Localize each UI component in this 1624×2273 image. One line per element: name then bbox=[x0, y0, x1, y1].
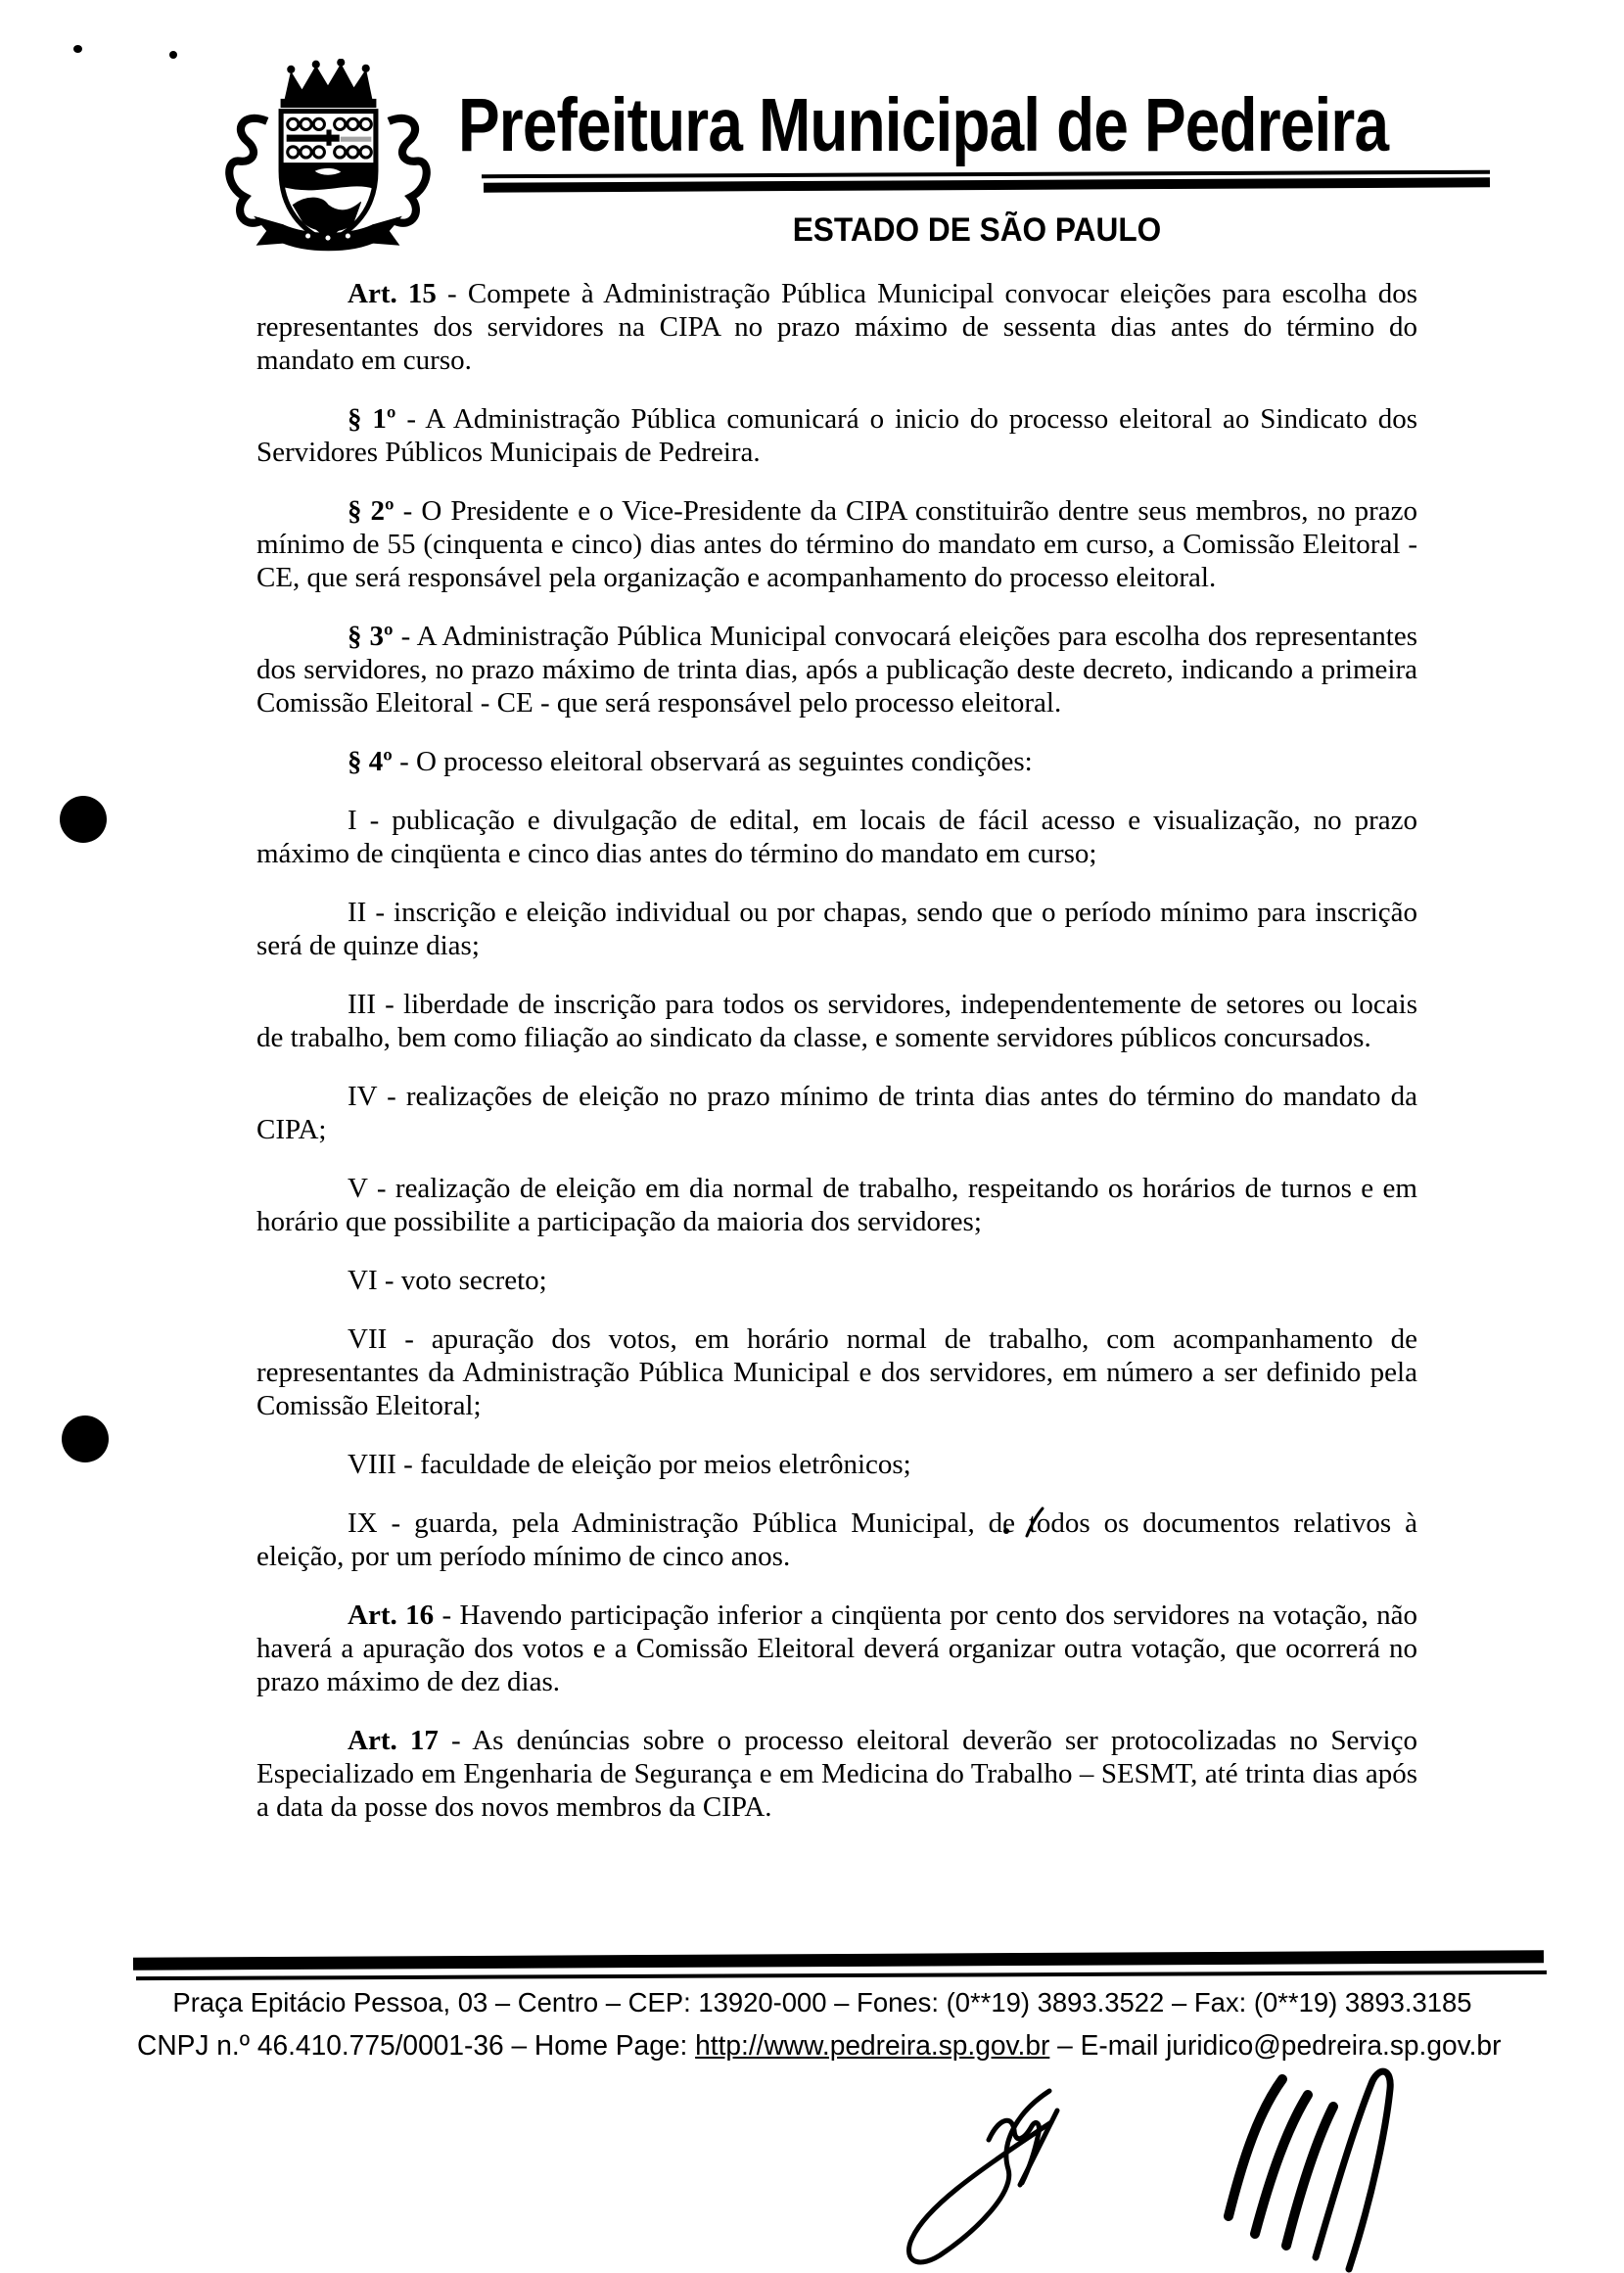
paragraph-item-v: V - realização de eleição em dia normal … bbox=[256, 1172, 1417, 1238]
footer-rule-thin bbox=[136, 1971, 1547, 1980]
footer-email: – E-mail juridico@pedreira.sp.gov.br bbox=[1049, 2030, 1501, 2062]
signature-right bbox=[1204, 2067, 1410, 2273]
paragraph-art-16: Art. 16 - Havendo participação inferior … bbox=[256, 1599, 1417, 1698]
header-rule-thick bbox=[484, 177, 1490, 192]
paragraph-par-1: § 1º - A Administração Pública comunicar… bbox=[256, 402, 1417, 469]
header-rule-thin bbox=[482, 170, 1490, 178]
footer-homepage-url: http://www.pedreira.sp.gov.br bbox=[695, 2030, 1049, 2062]
punch-hole-mark bbox=[62, 1415, 109, 1462]
document-body: Art. 15 - Compete à Administração Públic… bbox=[256, 277, 1417, 1849]
paragraph-par-3: § 3º - A Administração Pública Municipal… bbox=[256, 620, 1417, 719]
article-label: Art. 17 bbox=[348, 1725, 439, 1756]
section-label: § 3º bbox=[348, 621, 394, 652]
paragraph-item-i: I - publicação e divulgação de edital, e… bbox=[256, 804, 1417, 870]
header-subtitle: ESTADO DE SÃO PAULO bbox=[494, 211, 1460, 250]
paragraph-item-viii: VIII - faculdade de eleição por meios el… bbox=[256, 1448, 1417, 1481]
paragraph-item-iv: IV - realizações de eleição no prazo mín… bbox=[256, 1080, 1417, 1146]
section-label: § 1º bbox=[348, 403, 395, 435]
paragraph-item-vii: VII - apuração dos votos, em horário nor… bbox=[256, 1322, 1417, 1422]
scan-speck bbox=[73, 45, 82, 53]
paragraph-item-ii: II - inscrição e eleição individual ou p… bbox=[256, 896, 1417, 962]
pen-mark bbox=[1000, 1504, 1047, 1541]
footer-rule-thick bbox=[133, 1950, 1544, 1971]
paragraph-art-17: Art. 17 - As denúncias sobre o processo … bbox=[256, 1724, 1417, 1824]
article-label: Art. 15 bbox=[348, 278, 437, 309]
footer-cnpj: CNPJ n.º 46.410.775/0001-36 – Home Page: bbox=[137, 2030, 695, 2062]
paragraph-item-ix: IX - guarda, pela Administração Pública … bbox=[256, 1507, 1417, 1573]
paragraph-item-iii: III - liberdade de inscrição para todos … bbox=[256, 988, 1417, 1054]
paragraph-item-vi: VI - voto secreto; bbox=[256, 1264, 1417, 1297]
coat-of-arms-icon bbox=[223, 59, 433, 255]
section-label: § 2º bbox=[348, 495, 394, 527]
paragraph-art-15: Art. 15 - Compete à Administração Públic… bbox=[256, 277, 1417, 377]
punch-hole-mark bbox=[60, 796, 107, 843]
signature-left bbox=[901, 2083, 1096, 2273]
scanned-document-page: Prefeitura Municipal de Pedreira ESTADO … bbox=[0, 0, 1624, 2273]
section-label: § 4º bbox=[348, 746, 393, 777]
footer-contact: CNPJ n.º 46.410.775/0001-36 – Home Page:… bbox=[137, 2030, 1561, 2063]
page-title: Prefeitura Municipal de Pedreira bbox=[458, 82, 1388, 169]
article-label: Art. 16 bbox=[348, 1600, 434, 1631]
scan-speck bbox=[169, 51, 177, 59]
paragraph-par-2: § 2º - O Presidente e o Vice-Presidente … bbox=[256, 494, 1417, 594]
paragraph-par-4: § 4º - O processo eleitoral observará as… bbox=[256, 745, 1417, 778]
footer-address: Praça Epitácio Pessoa, 03 – Centro – CEP… bbox=[161, 1987, 1484, 2018]
